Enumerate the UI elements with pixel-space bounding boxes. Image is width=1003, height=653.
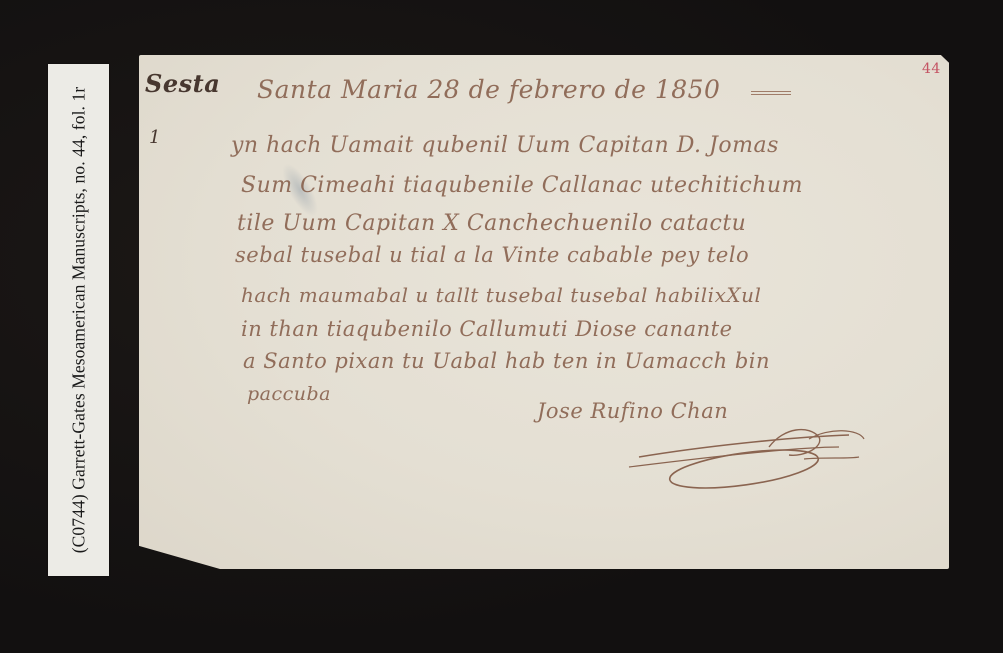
- text-line-5: hach maumabal u tallt tusebal tusebal ha…: [241, 283, 761, 307]
- text-line-7: a Santo pixan tu Uabal hab ten in Uamacc…: [243, 349, 770, 373]
- scan-stage: (C0744) Garrett-Gates Mesoamerican Manus…: [0, 0, 1003, 653]
- dateline-rule: [751, 91, 791, 95]
- manuscript-page: Sesta 1 44 Santa Maria 28 de febrero de …: [139, 55, 949, 569]
- text-line-6: in than tiaqubenilo Callumuti Diose cana…: [241, 317, 733, 341]
- signature-flourish-icon: [609, 417, 869, 492]
- text-line-2: Sum Cimeahi tiaqubenile Callanac utechit…: [241, 173, 803, 198]
- text-line-8: paccuba: [247, 383, 331, 405]
- dateline: Santa Maria 28 de febrero de 1850: [257, 75, 720, 104]
- catalogue-label-text: (C0744) Garrett-Gates Mesoamerican Manus…: [68, 70, 89, 570]
- margin-mark: 1: [149, 127, 161, 148]
- catalogue-label: (C0744) Garrett-Gates Mesoamerican Manus…: [48, 64, 109, 576]
- folio-number: 44: [922, 61, 941, 77]
- text-line-1: yn hach Uamait qubenil Uum Capitan D. Jo…: [231, 133, 779, 158]
- margin-heading: Sesta: [145, 69, 220, 98]
- text-line-3: tile Uum Capitan X Canchechuenilo catact…: [237, 211, 746, 236]
- text-line-4: sebal tusebal u tial a la Vinte cabable …: [235, 243, 749, 267]
